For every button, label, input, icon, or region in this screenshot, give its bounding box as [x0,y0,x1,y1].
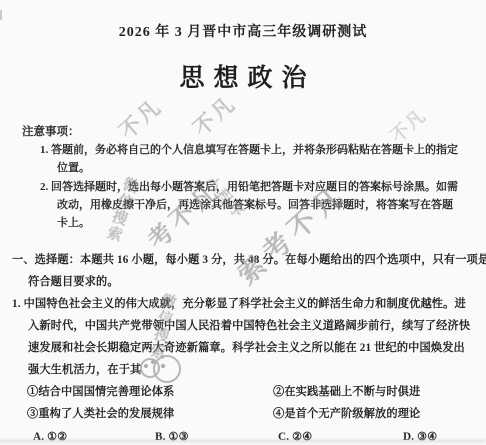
exam-session-title: 2026 年 3 月晋中市高三年级调研测试 [0,21,486,41]
section-heading-line: 符合题目要求的。 [28,275,119,289]
statement-option-4: ④是首个无产阶级解放的理论 [273,407,420,421]
question-stem-line: 入新时代，中国共产党带领中国人民沿着中国特色社会主义道路阔步前行，续写了经济快 [28,319,470,333]
subject-title: 思想政治 [0,58,486,94]
notice-line: 2. 回答选择题时，选出每小题答案后，用铅笔把答题卡对应题目的答案标号涂黑。如需 [40,180,458,194]
statement-option-3: ③重构了人类社会的发展规律 [27,407,174,421]
watermark-brand-text: 不凡 [384,102,431,148]
scan-edge-smudge [0,10,2,20]
question-stem-line: 1. 中国特色社会主义的伟大成就，充分彰显了科学社会主义的鲜活生命力和制度优越性… [12,297,466,311]
notice-line: 1. 答题前，务必将自己的个人信息填写在答题卡上，并将条形码粘贴在答题卡上的指定 [40,143,458,157]
question-stem-line: 速发展和社会长期稳定两大奇迹新篇章。科学社会主义之所以能在 21 世纪的中国焕发… [28,341,465,355]
watermark-brand-text: 不凡 [186,88,242,142]
statement-option-1: ①结合中国国情完善理论体系 [27,385,174,399]
section-heading-line: 一、选择题：本题共 16 小题，每小题 3 分，共 48 分。在每小题给出的四个… [12,253,486,267]
next-line-cutoff-artifact [0,439,486,443]
question-stem-line: 强大生机活力，在于其 [28,363,141,377]
notice-label: 注意事项： [22,125,80,139]
notice-line: 位置。 [57,161,90,175]
notice-line: 卡上。 [57,216,90,230]
watermark-brand-text: 不凡 [112,91,168,145]
exam-paper-page: 2026 年 3 月晋中市高三年级调研测试 思想政治 注意事项： 1. 答题前，… [0,0,486,445]
notice-line: 改动，用橡皮擦干净后，再选涂其他答案标号。回答非选择题时，将答案写在答题 [57,198,453,212]
statement-option-2: ②在实践基础上不断与时俱进 [273,385,420,399]
